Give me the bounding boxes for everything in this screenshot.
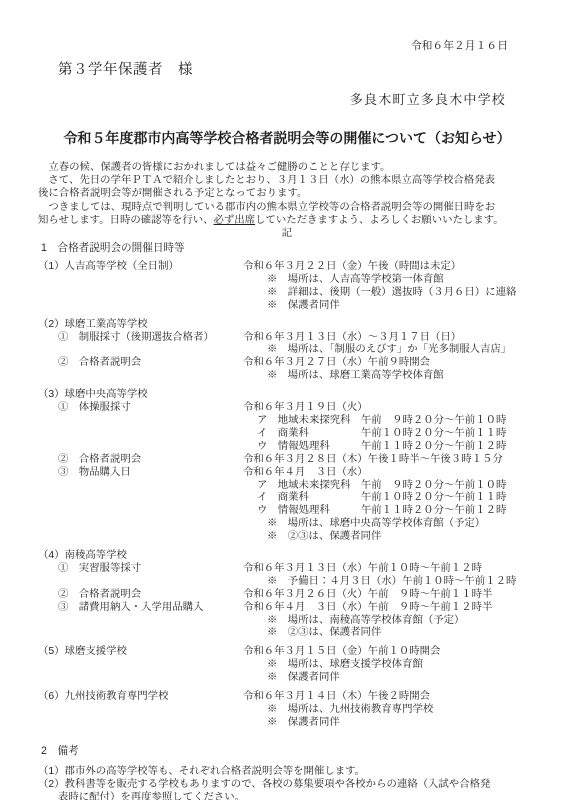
section-1-heading: 1 合格者説明会の開催日時等 [38, 242, 536, 255]
schedule-left-label [38, 615, 243, 628]
recipient-line: 第３学年保護者 様 [38, 62, 536, 79]
schedule-right-text: ア 地域未来探究科 午前 ９時２０分～午前１０時 [243, 480, 536, 493]
schedule-left-label [38, 659, 243, 672]
schedule-left-label [38, 441, 243, 454]
emphasis-underline-text: 必ず出席 [214, 215, 256, 226]
schedule-row: ※ 保護者同伴 [38, 300, 536, 313]
schedule-left-label [38, 672, 243, 685]
schedule-left-label [38, 300, 243, 313]
schedule-row: ※ 保護者同伴 [38, 717, 536, 730]
schedule-right-text: 令和６年３月１４日（木）午後２時開会 [243, 691, 536, 704]
schedule-left-label [38, 717, 243, 730]
schedule-left-label: （4）南稜高等学校 [38, 550, 243, 563]
schedule-right-text [243, 319, 536, 332]
schedule-right-text: イ 商業科 午前１０時２０分～午前１１時 [243, 492, 536, 505]
schedule-right-text [243, 389, 536, 402]
schedule-right-text: 令和６年３月１５日（金）午前１０時開会 [243, 646, 536, 659]
schedule-right-text: 令和６年３月２７日（水）午前９時開会 [243, 357, 536, 370]
schedule-right-text: ※ 場所は、人吉高等学校第一体育館 [243, 274, 536, 287]
schedule-left-label [38, 287, 243, 300]
doc-date: 令和６年２月１６日 [38, 40, 536, 53]
remark-line: （2）教科書等を販売する学校もありますので、各校の募集要項や各校からの連絡（入試… [38, 778, 536, 791]
schedule-left-label [38, 274, 243, 287]
intro-text: さて、先日の学年ＰＴＡで紹介しましたとおり、３月１３日（水）の熊本県立高等学校合… [38, 175, 495, 186]
intro-text: 知らせします。日時の確認等を行い、 [38, 215, 214, 226]
schedule-left-label: （2）球磨工業高等学校 [38, 319, 243, 332]
remarks-list: （1）郡市外の高等学校等も、それぞれ合格者説明会等を開催します。（2）教科書等を… [38, 765, 536, 800]
intro-text: 後に合格者説明会等が開催される予定となっております。 [38, 188, 307, 199]
schedule-row: ※ 場所は、球磨支援学校体育館 [38, 659, 536, 672]
schedule-right-text: ※ 場所は、九州技術教育専門学校 [243, 704, 536, 717]
schedule-row: ※ 場所は、南稜高等学校体育館（予定） [38, 615, 536, 628]
schedule-left-label [38, 344, 243, 357]
schedule-row: ※ 保護者同伴 [38, 672, 536, 685]
schedule-row: （1）人吉高等学校（全日制）令和６年３月２２日（金）午後（時間は未定） [38, 261, 536, 274]
intro-text: 立春の候、保護者の皆様におかれましては益々ご健勝のことと存じます。 [38, 162, 390, 173]
schedule-row: （4）南稜高等学校 [38, 550, 536, 563]
intro-line: さて、先日の学年ＰＴＡで紹介しましたとおり、３月１３日（水）の熊本県立高等学校合… [38, 174, 536, 187]
schedule-row: （6）九州技術教育専門学校令和６年３月１４日（木）午後２時開会 [38, 691, 536, 704]
schedule-row: ※ 場所は、九州技術教育専門学校 [38, 704, 536, 717]
schedule-left-label: （1）人吉高等学校（全日制） [38, 261, 243, 274]
schedule-left-label: ① 体操服採寸 [38, 402, 243, 415]
schedule-left-label: （3）球磨中央高等学校 [38, 389, 243, 402]
schedule-row: （5）球磨支援学校令和６年３月１５日（金）午前１０時開会 [38, 646, 536, 659]
schedule-right-text: ※ 場所は、球磨工業高等学校体育館 [243, 370, 536, 383]
schedule-row: ※ 詳細は、後期（一般）選抜時（３月６日）に連絡 [38, 287, 536, 300]
schedule-right-text: ※ 詳細は、後期（一般）選抜時（３月６日）に連絡 [243, 287, 536, 300]
schedule-row: ① 制服採寸（後期選抜合格者）令和６年３月１３日（水）～３月１７日（日） [38, 332, 536, 345]
schedule-row: ※ 場所は、球磨工業高等学校体育館 [38, 370, 536, 383]
schedule-left-label: ③ 諸費用納入・入学用品購入 [38, 602, 243, 615]
schedule-right-text: ※ 保護者同伴 [243, 717, 536, 730]
schedule-row: イ 商業科 午前１０時２０分～午前１１時 [38, 428, 536, 441]
schedule-row: ③ 物品購入日令和６年４月 ３日（水） [38, 467, 536, 480]
schedule-left-label [38, 531, 243, 544]
schedule-row: イ 商業科 午前１０時２０分～午前１１時 [38, 492, 536, 505]
ki-marker: 記 [38, 227, 536, 240]
remark-line: 表時に配付）を再度参照してください。 [38, 791, 536, 800]
schedule-row: ※ ②③は、保護者同伴 [38, 531, 536, 544]
schedule-right-text: ※ 保護者同伴 [243, 672, 536, 685]
schedule-row: ア 地域未来探究科 午前 ９時２０分～午前１０時 [38, 415, 536, 428]
schedule-left-label: （5）球磨支援学校 [38, 646, 243, 659]
schedule-right-text: 令和６年４月 ３日（水） [243, 467, 536, 480]
schedule-left-label [38, 518, 243, 531]
schedule-row: （3）球磨中央高等学校 [38, 389, 536, 402]
schedule-row: ウ 情報処理科 午前１１時２０分～午前１２時 [38, 441, 536, 454]
schedule-right-text: 令和６年３月１３日（水）午前１０時～午前１２時 [243, 563, 536, 576]
document-page: 令和６年２月１６日 第３学年保護者 様 多良木町立多良木中学校 令和５年度郡市内… [0, 0, 566, 800]
schedule-row: ※ 場所は、「制服のえびす」か「光多制服人吉店」 [38, 344, 536, 357]
schedule-right-text: 令和６年３月１３日（水）～３月１７日（日） [243, 332, 536, 345]
schedule-row: ② 合格者説明会令和６年３月２７日（水）午前９時開会 [38, 357, 536, 370]
schedule-left-label: ① 実習服等採寸 [38, 563, 243, 576]
schedule-right-text: 令和６年３月１９日（火） [243, 402, 536, 415]
intro-text: していただきますよう、よろしくお願いいたします。 [255, 215, 504, 226]
schedule-left-label [38, 505, 243, 518]
schedule-right-text: 令和６年３月２８日（木）午後１時半～午後３時１５分 [243, 454, 536, 467]
schedule-left-label [38, 704, 243, 717]
schedule-right-text: ウ 情報処理科 午前１１時２０分～午前１２時 [243, 505, 536, 518]
schedule-row: ア 地域未来探究科 午前 ９時２０分～午前１０時 [38, 480, 536, 493]
intro-line: つきましては、現時点で判明している郡市内の熊本県立学校等の合格者説明会等の開催日… [38, 201, 536, 214]
remark-line: （1）郡市外の高等学校等も、それぞれ合格者説明会等を開催します。 [38, 765, 536, 778]
intro-text: つきましては、現時点で判明している郡市内の熊本県立学校等の合格者説明会等の開催日… [38, 202, 495, 213]
schedule-right-text: ※ 場所は、球磨中央高等学校体育館（予定） [243, 518, 536, 531]
schedule-row: ※ 予備日：４月３日（水）午前１０時～午前１２時 [38, 576, 536, 589]
schedule-row: ウ 情報処理科 午前１１時２０分～午前１２時 [38, 505, 536, 518]
schedule-list: （1）人吉高等学校（全日制）令和６年３月２２日（金）午後（時間は未定）※ 場所は… [38, 261, 536, 730]
schedule-right-text: ※ 保護者同伴 [243, 300, 536, 313]
schedule-left-label [38, 627, 243, 640]
intro-paragraphs: 立春の候、保護者の皆様におかれましては益々ご健勝のことと存じます。 さて、先日の… [38, 161, 536, 227]
schedule-left-label: ③ 物品購入日 [38, 467, 243, 480]
schedule-right-text: イ 商業科 午前１０時２０分～午前１１時 [243, 428, 536, 441]
schedule-right-text: ※ 予備日：４月３日（水）午前１０時～午前１２時 [243, 576, 536, 589]
schedule-left-label [38, 428, 243, 441]
intro-line: 後に合格者説明会等が開催される予定となっております。 [38, 187, 536, 200]
schedule-row: ① 実習服等採寸令和６年３月１３日（水）午前１０時～午前１２時 [38, 563, 536, 576]
schedule-right-text: ※ 場所は、球磨支援学校体育館 [243, 659, 536, 672]
sender-line: 多良木町立多良木中学校 [38, 92, 536, 108]
schedule-left-label: ② 合格者説明会 [38, 589, 243, 602]
intro-line: 知らせします。日時の確認等を行い、必ず出席していただきますよう、よろしくお願いい… [38, 214, 536, 227]
schedule-row: ② 合格者説明会令和６年３月２６日（火）午前 ９時～午前１１時半 [38, 589, 536, 602]
schedule-right-text [243, 550, 536, 563]
schedule-left-label: ② 合格者説明会 [38, 454, 243, 467]
schedule-left-label [38, 370, 243, 383]
schedule-right-text: ※ 場所は、南稜高等学校体育館（予定） [243, 615, 536, 628]
section-2-heading: 2 備考 [38, 745, 536, 758]
schedule-right-text: 令和６年４月 ３日（水）午前 ９時～午前１２時半 [243, 602, 536, 615]
doc-title: 令和５年度郡市内高等学校合格者説明会等の開催について（お知らせ） [38, 129, 536, 148]
schedule-right-text: ※ ②③は、保護者同伴 [243, 531, 536, 544]
schedule-right-text: 令和６年３月２２日（金）午後（時間は未定） [243, 261, 536, 274]
schedule-left-label: ② 合格者説明会 [38, 357, 243, 370]
schedule-row: （2）球磨工業高等学校 [38, 319, 536, 332]
schedule-left-label: （6）九州技術教育専門学校 [38, 691, 243, 704]
intro-line: 立春の候、保護者の皆様におかれましては益々ご健勝のことと存じます。 [38, 161, 536, 174]
schedule-right-text: ※ ②③は、保護者同伴 [243, 627, 536, 640]
schedule-row: ① 体操服採寸令和６年３月１９日（火） [38, 402, 536, 415]
schedule-left-label [38, 480, 243, 493]
schedule-right-text: ウ 情報処理科 午前１１時２０分～午前１２時 [243, 441, 536, 454]
schedule-right-text: 令和６年３月２６日（火）午前 ９時～午前１１時半 [243, 589, 536, 602]
schedule-left-label: ① 制服採寸（後期選抜合格者） [38, 332, 243, 345]
schedule-row: ※ 場所は、人吉高等学校第一体育館 [38, 274, 536, 287]
schedule-left-label [38, 415, 243, 428]
schedule-row: ※ ②③は、保護者同伴 [38, 627, 536, 640]
schedule-right-text: ア 地域未来探究科 午前 ９時２０分～午前１０時 [243, 415, 536, 428]
schedule-row: ② 合格者説明会令和６年３月２８日（木）午後１時半～午後３時１５分 [38, 454, 536, 467]
schedule-row: ③ 諸費用納入・入学用品購入令和６年４月 ３日（水）午前 ９時～午前１２時半 [38, 602, 536, 615]
schedule-left-label [38, 492, 243, 505]
schedule-row: ※ 場所は、球磨中央高等学校体育館（予定） [38, 518, 536, 531]
schedule-left-label [38, 576, 243, 589]
schedule-right-text: ※ 場所は、「制服のえびす」か「光多制服人吉店」 [243, 344, 536, 357]
